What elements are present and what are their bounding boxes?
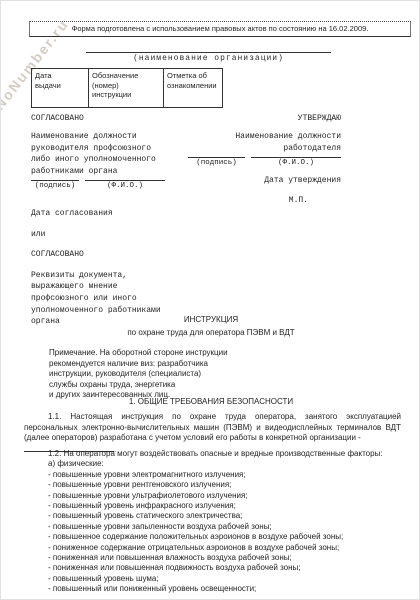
employer-position-text: Наименование должности работодателя [188,131,341,154]
agreement-date-label: Дата согласования [31,208,161,220]
document-title: ИНСТРУКЦИЯ [1,313,420,326]
factor-item: - повышенное содержание положительных аэ… [48,532,401,542]
organization-name-caption: (наименование организации) [86,54,331,63]
factor-item: - пониженное содержание отрицательных аэ… [48,543,401,553]
factor-item: - повышенный уровень шума; [48,574,401,584]
or-label: или [31,229,161,241]
right-signature-row: (подпись) (Ф.И.О.) [188,157,341,168]
left-signature-row: (подпись) (Ф.И.О.) [31,180,188,191]
agreed-column: СОГЛАСОВАНО Наименование должности руков… [31,114,188,206]
agreed-label: СОГЛАСОВАНО [31,114,188,124]
factor-item: - повышенный или пониженный уровень осве… [48,584,401,594]
document-page: NoNumber.ru Форма подготовлена с использ… [0,0,420,600]
approval-section: СОГЛАСОВАНО Наименование должности руков… [31,114,341,206]
left-signature-line: (подпись) [31,180,79,191]
table-header-row: Дата выдачи Обозначение (номер) инструкц… [32,69,223,108]
paragraph-1-1: 1.1. Настоящая инструкция по охране труд… [24,412,401,444]
paragraph-1-2: 1.2. На оператора могут воздействовать о… [24,449,401,459]
table-header-acknowledgement: Отметка об ознакомлении [164,69,223,108]
paragraph-1-2-block: 1.2. На оператора могут воздействовать о… [24,449,401,595]
factor-item: - повышенные уровни электромагнитного из… [48,470,401,480]
document-title-block: ИНСТРУКЦИЯ по охране труда для оператора… [1,313,420,339]
table-header-instruction-number: Обозначение (номер) инструкции [89,69,164,108]
factor-item: - повышенные уровни рентгеновского излуч… [48,480,401,490]
agreed-label-secondary: СОГЛАСОВАНО [31,249,161,261]
form-note-banner: Форма подготовлена с использованием прав… [29,21,411,37]
organization-name-line: (наименование организации) [86,52,331,63]
right-signature-line: (подпись) [188,157,245,168]
left-name-line: (Ф.И.О.) [85,180,165,191]
factor-item: - пониженная или повышенная подвижность … [48,563,401,573]
section-1-heading: 1. ОБЩИЕ ТРЕБОВАНИЯ БЕЗОПАСНОСТИ [1,397,420,406]
right-name-line: (Ф.И.О.) [251,157,341,168]
union-position-text: Наименование должности руководителя проф… [31,131,188,177]
seal-placeholder: М.П. [188,195,341,207]
approval-date-label: Дата утверждения [188,175,341,187]
factor-item: - пониженная или повышенная влажность во… [48,553,401,563]
factor-item: - повышенный уровень инфракрасного излуч… [48,501,401,511]
factor-item: - повышенные уровни ультрафиолетового из… [48,491,401,501]
note-block: Примечание. На оборотной стороне инструк… [49,348,228,401]
factor-item: - повышенные уровни запыленности воздуха… [48,522,401,532]
factor-item: - повышенный уровень статического электр… [48,511,401,521]
instruction-register-table: Дата выдачи Обозначение (номер) инструкц… [31,68,223,108]
table-header-issue-date: Дата выдачи [32,69,89,108]
agreement-details-block: Дата согласования или СОГЛАСОВАНО Реквиз… [31,208,161,328]
approved-column: УТВЕРЖДАЮ Наименование должности работод… [188,114,341,206]
factor-group-physical: а) физические: [48,459,401,469]
approved-label: УТВЕРЖДАЮ [188,114,341,124]
document-subtitle: по охране труда для оператора ПЭВМ и ВДТ [1,326,420,339]
